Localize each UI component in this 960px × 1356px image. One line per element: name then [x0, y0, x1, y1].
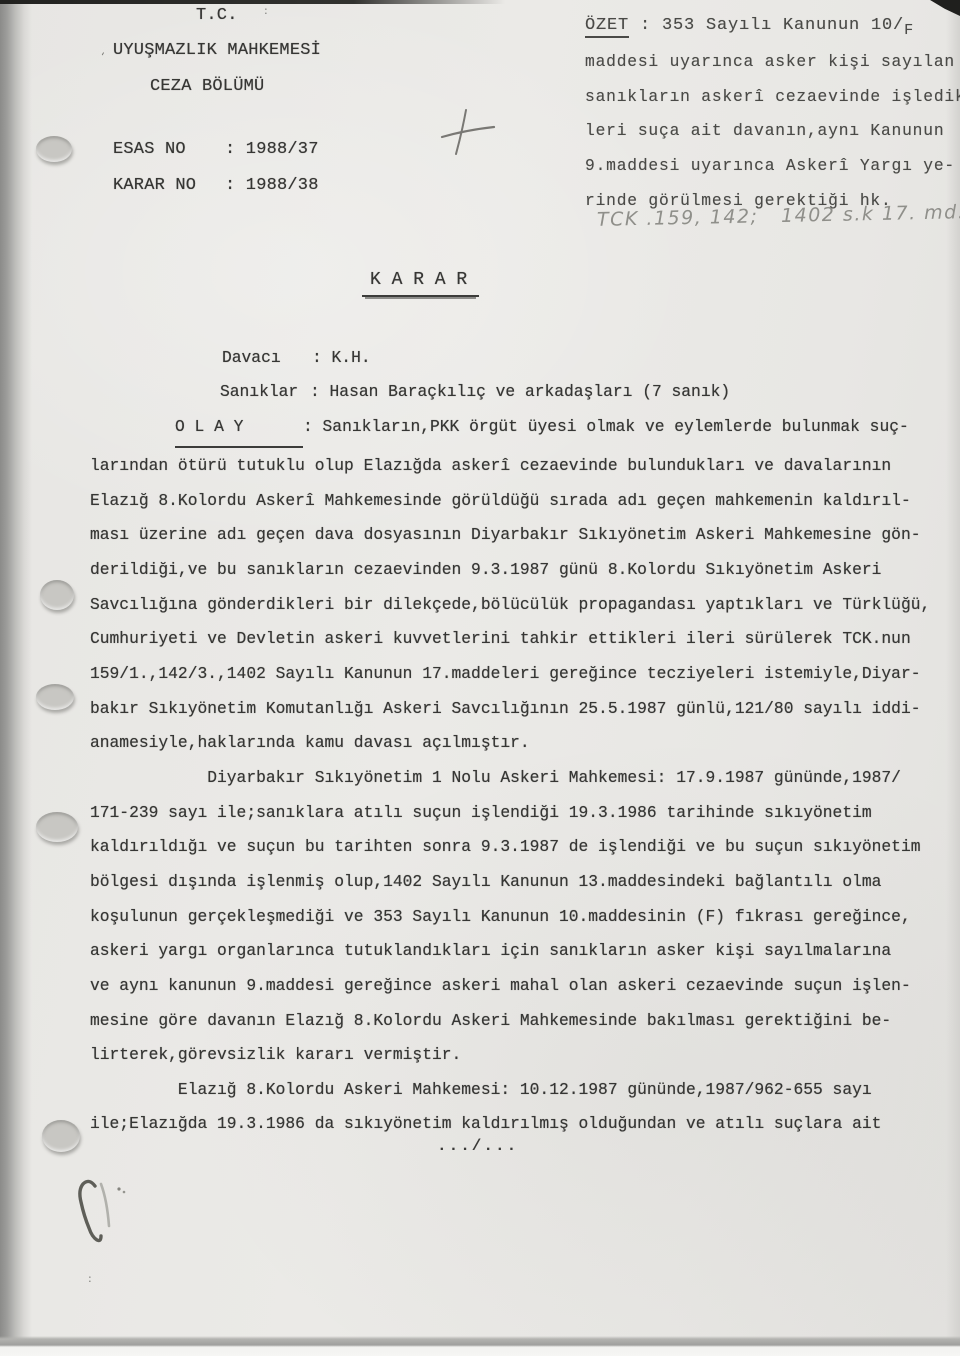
karar-no-label: KARAR NO — [113, 176, 225, 195]
republic-abbrev: T.C. — [196, 6, 238, 25]
karar-no-value: : 1988/38 — [225, 176, 319, 195]
defendants-label: Sanıklar — [220, 375, 310, 410]
page-continuation-mark: .../... — [437, 1137, 518, 1155]
decision-body-lines: larından ötürü tutuklu olup Elazığda ask… — [90, 449, 930, 1142]
ozet-article-letter: F — [904, 22, 914, 39]
body-text-line: larından ötürü tutuklu olup Elazığda ask… — [90, 449, 930, 484]
body-text-line: Elazığ 8.Kolordu Askerî Mahkemesinde gör… — [90, 484, 930, 519]
decision-heading: K A R A R — [362, 270, 479, 297]
body-text-line: bakır Sıkıyönetim Komutanlığı Askeri Sav… — [90, 692, 930, 727]
esas-no-label: ESAS NO — [113, 140, 225, 159]
body-text-line: derildiği,ve bu sanıkların cezaevinden 9… — [90, 553, 930, 588]
body-text-line: Savcılığına gönderdikleri bir dilekçede,… — [90, 588, 930, 623]
body-text-line: anamesiyle,haklarında kamu davası açılmı… — [90, 726, 930, 761]
ozet-line: maddesi uyarınca asker kişi sayılan — [585, 45, 960, 80]
body-text-line: Elazığ 8.Kolordu Askeri Mahkemesi: 10.12… — [90, 1073, 930, 1108]
esas-no-row: ESAS NO: 1988/37 — [113, 140, 319, 159]
ozet-line: leri suça ait davanın,aynı Kanunun — [585, 114, 960, 149]
olay-first-line-text: : Sanıkların,PKK örgüt üyesi olmak ve ey… — [303, 417, 909, 436]
ozet-lines: maddesi uyarınca asker kişi sayılansanık… — [585, 45, 960, 218]
scan-edge-bottom — [0, 1336, 960, 1356]
ozet-line: 9.maddesi uyarınca Askerî Yargı ye- — [585, 149, 960, 184]
body-text-line: askeri yargı organlarınca tutuklandıklar… — [90, 934, 930, 969]
pencil-scribble-mark — [80, 1181, 125, 1240]
ink-speck: ' — [97, 50, 106, 63]
pencil-cross-mark — [442, 110, 494, 154]
body-text-line: kaldırıldığı ve suçun bu tarihten sonra … — [90, 830, 930, 865]
esas-no-value: : 1988/37 — [225, 140, 319, 159]
ink-speck: : — [264, 4, 268, 17]
punch-hole — [36, 812, 78, 842]
body-text-line: ması üzerine adı geçen dava dosyasının D… — [90, 518, 930, 553]
body-text-line: bölgesi dışında işlenmiş olup,1402 Sayıl… — [90, 865, 930, 900]
punch-hole — [36, 684, 74, 710]
punch-hole — [42, 1120, 80, 1152]
plaintiff-value: : K.H. — [312, 348, 371, 367]
body-text-line: Cumhuriyeti ve Devletin askeri kuvvetler… — [90, 622, 930, 657]
defendants-row: Sanıklar: Hasan Baraçkılıç ve arkadaşlar… — [220, 375, 730, 410]
ink-speck: : — [88, 1272, 92, 1285]
ozet-label: ÖZET — [585, 16, 629, 38]
body-text-line: ve aynı kanunun 9.maddesi gereğince aske… — [90, 969, 930, 1004]
court-division: CEZA BÖLÜMÜ — [150, 77, 264, 96]
olay-first-line: O L A Y: Sanıkların,PKK örgüt üyesi olma… — [175, 410, 909, 448]
scan-corner-mark — [926, 0, 960, 16]
ozet-line: sanıkların askerî cezaevinde işledik- — [585, 80, 960, 115]
scan-edge-top — [0, 0, 505, 4]
defendants-value: : Hasan Baraçkılıç ve arkadaşları (7 san… — [310, 382, 730, 401]
scanned-court-decision-page: T.C. UYUŞMAZLIK MAHKEMESİ CEZA BÖLÜMÜ ES… — [0, 0, 960, 1356]
ozet-first-line-text: : 353 Sayılı Kanunun 10/ — [629, 16, 904, 35]
plaintiff-row: Davacı: K.H. — [222, 341, 371, 376]
scan-edge-left — [0, 0, 32, 1356]
court-name: UYUŞMAZLIK MAHKEMESİ — [113, 41, 321, 60]
body-text-line: 171-239 sayı ile;sanıklara atılı suçun i… — [90, 796, 930, 831]
plaintiff-label: Davacı — [222, 341, 312, 376]
ozet-first-line: ÖZET : 353 Sayılı Kanunun 10/F — [585, 8, 914, 45]
body-text-line: mesine göre davanın Elazığ 8.Kolordu Ask… — [90, 1004, 930, 1039]
body-text-line: koşulunun gerçekleşmediği ve 353 Sayılı … — [90, 900, 930, 935]
punch-hole — [40, 580, 74, 610]
karar-no-row: KARAR NO: 1988/38 — [113, 176, 319, 195]
body-text-line: Diyarbakır Sıkıyönetim 1 Nolu Askeri Mah… — [90, 761, 930, 796]
olay-label: O L A Y — [175, 410, 303, 448]
punch-hole — [36, 136, 72, 162]
body-text-line: lirterek,görevsizlik kararı vermiştir. — [90, 1038, 930, 1073]
body-text-line: 159/1.,142/3.,1402 Sayılı Kanunun 17.mad… — [90, 657, 930, 692]
